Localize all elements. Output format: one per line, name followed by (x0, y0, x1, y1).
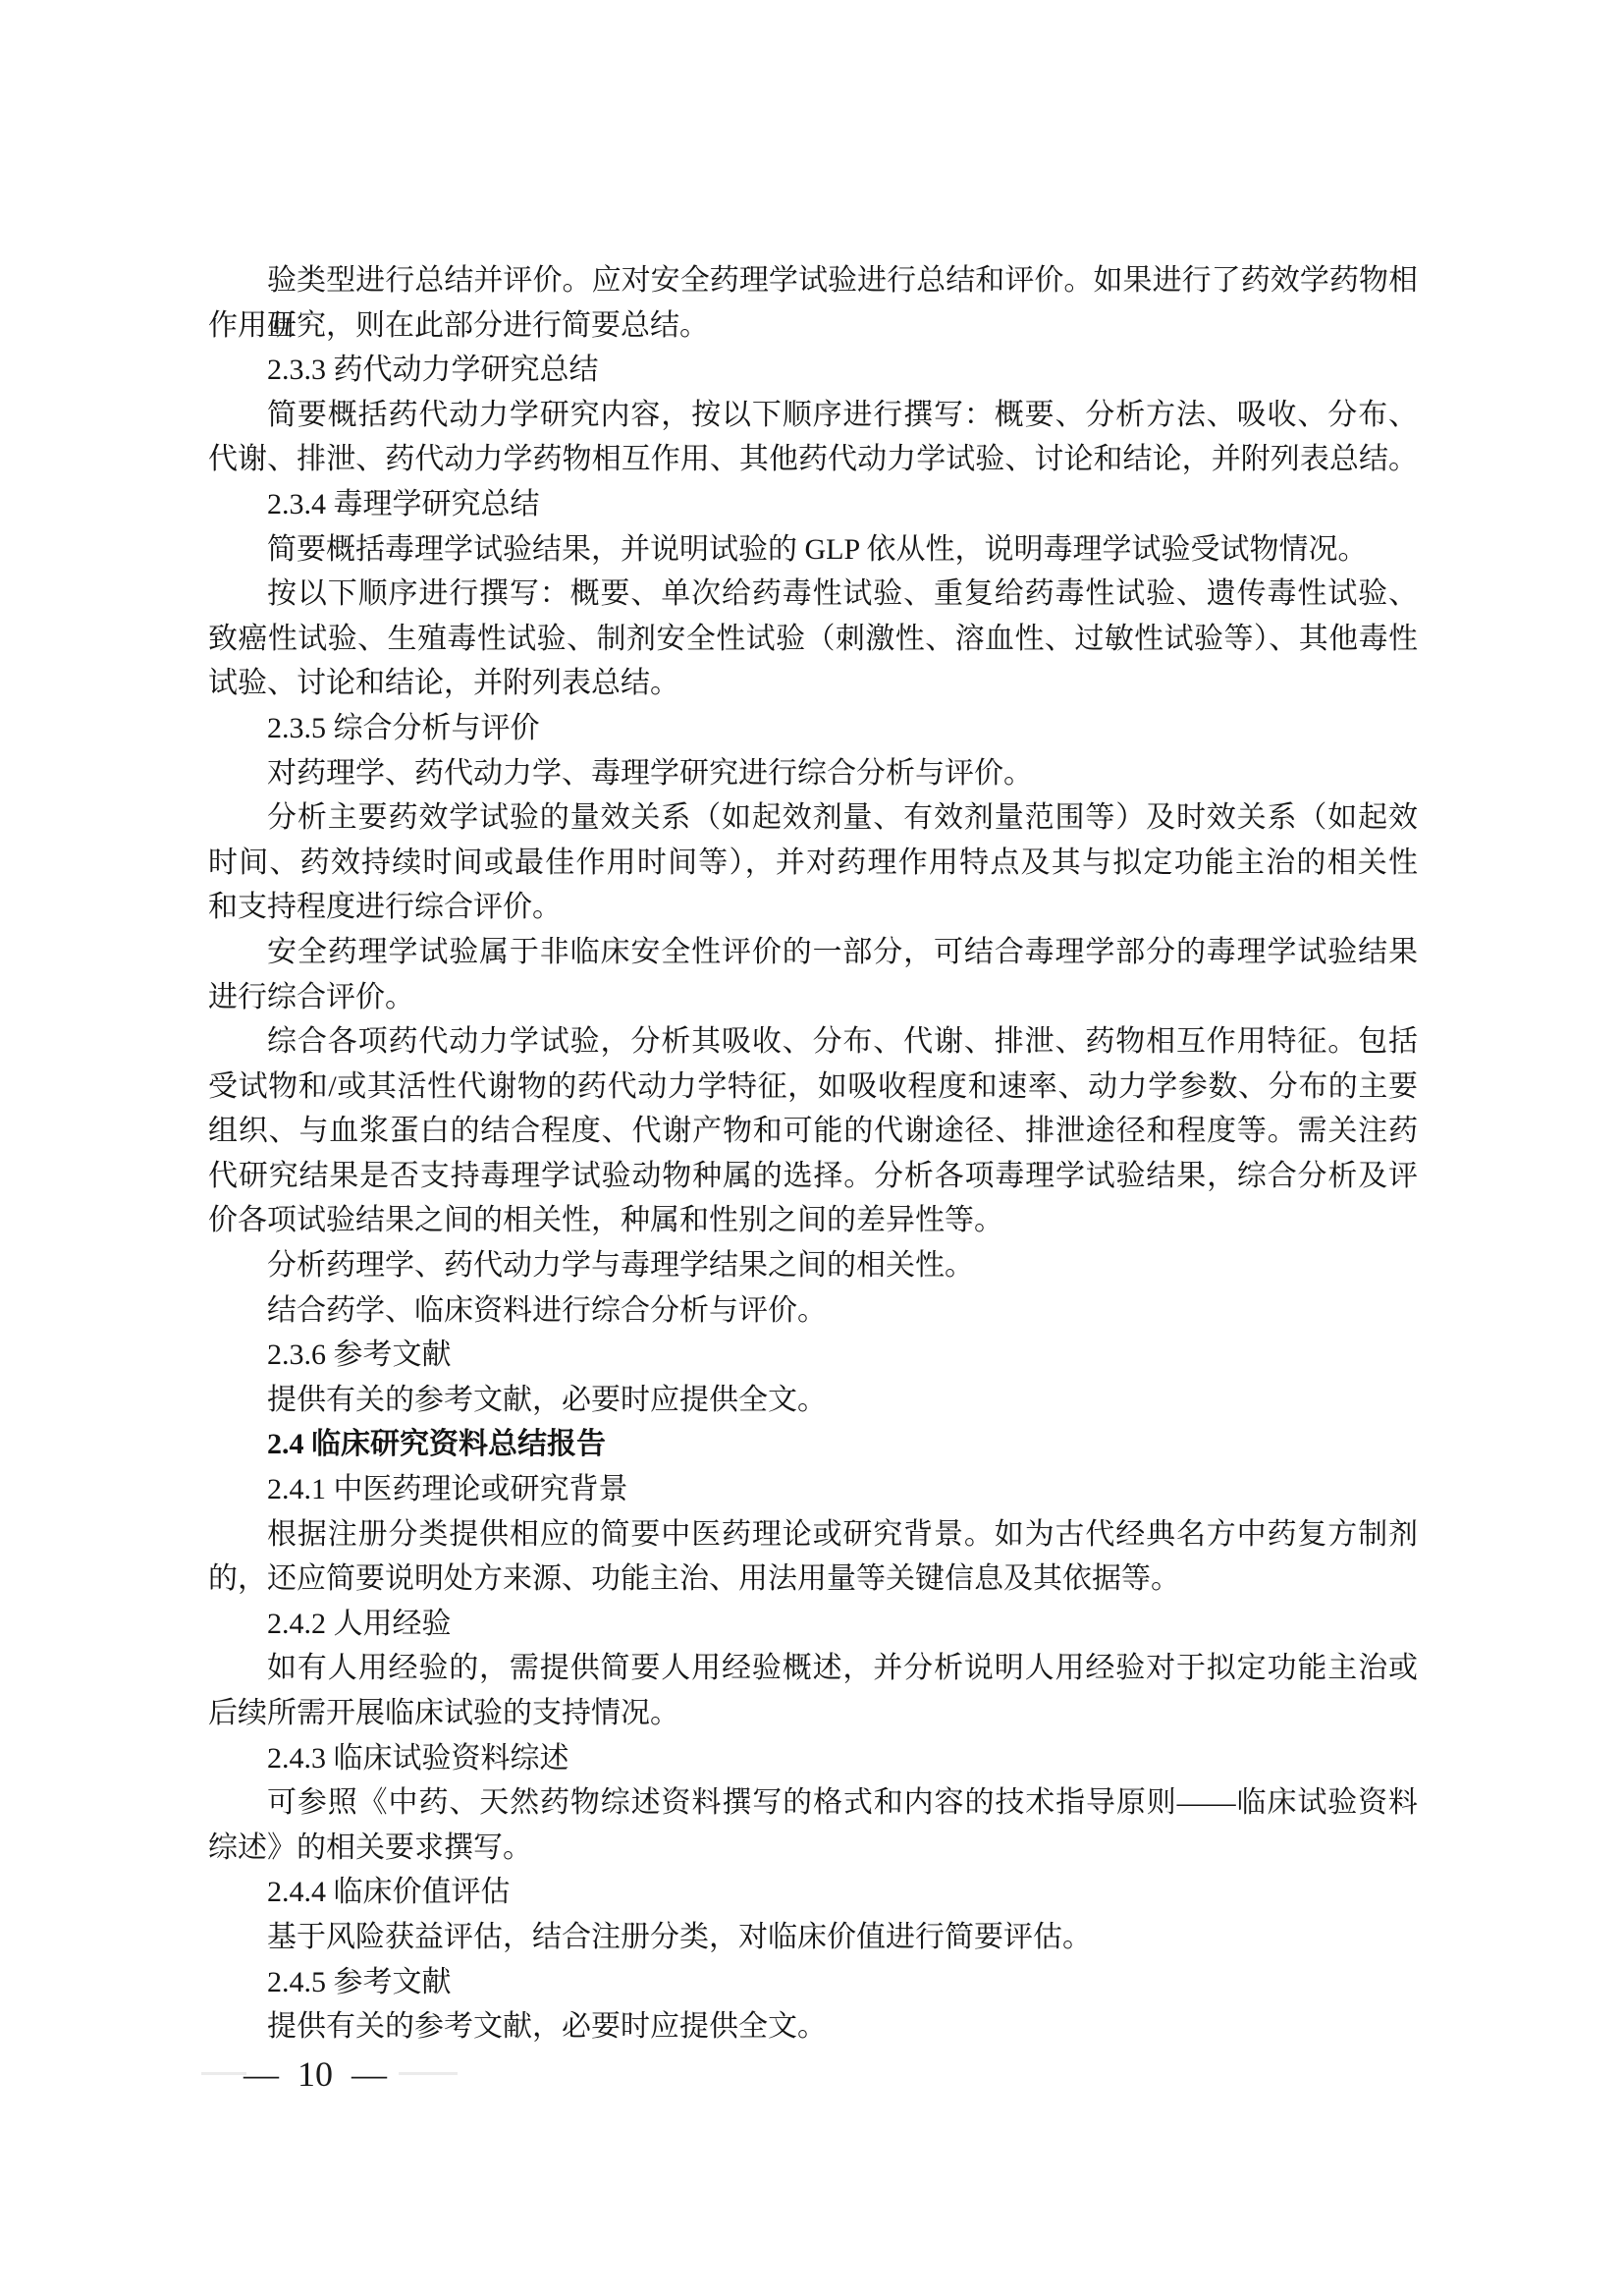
paragraph-line: 安全药理学试验属于非临床安全性评价的一部分，可结合毒理学部分的毒理学试验结果 (208, 930, 1418, 975)
paragraph-line: 提供有关的参考文献，必要时应提供全文。 (208, 2004, 1418, 2050)
paragraph-line: 受试物和/或其活性代谢物的药代动力学特征，如吸收程度和速率、动力学参数、分布的主… (208, 1065, 1418, 1110)
paragraph-line: 试验、讨论和结论，并附列表总结。 (208, 661, 1418, 706)
document-page: 验类型进行总结并评价。应对安全药理学试验进行总结和评价。如果进行了药效学药物相互… (0, 0, 1623, 2296)
section-heading: 2.4.5 参考文献 (208, 1960, 1418, 2005)
paragraph-line: 进行综合评价。 (208, 975, 1418, 1020)
document-body: 验类型进行总结并评价。应对安全药理学试验进行总结和评价。如果进行了药效学药物相互… (208, 258, 1418, 2050)
scan-artifact-line (201, 2072, 246, 2075)
paragraph-line: 简要概括毒理学试验结果，并说明试验的 GLP 依从性，说明毒理学试验受试物情况。 (208, 527, 1418, 573)
paragraph-line: 如有人用经验的，需提供简要人用经验概述，并分析说明人用经验对于拟定功能主治或 (208, 1646, 1418, 1691)
paragraph-line: 的，还应简要说明处方来源、功能主治、用法用量等关键信息及其依据等。 (208, 1557, 1418, 1602)
paragraph-line: 综述》的相关要求撰写。 (208, 1826, 1418, 1871)
paragraph-line: 综合各项药代动力学试验，分析其吸收、分布、代谢、排泄、药物相互作用特征。包括 (208, 1019, 1418, 1065)
paragraph-line: 可参照《中药、天然药物综述资料撰写的格式和内容的技术指导原则——临床试验资料 (208, 1780, 1418, 1826)
paragraph-line: 简要概括药代动力学研究内容，按以下顺序进行撰写：概要、分析方法、吸收、分布、 (208, 393, 1418, 438)
paragraph-line: 基于风险获益评估，结合注册分类，对临床价值进行简要评估。 (208, 1915, 1418, 1960)
scan-artifact-line (399, 2072, 458, 2075)
paragraph-line: 结合药学、临床资料进行综合分析与评价。 (208, 1288, 1418, 1334)
section-heading: 2.3.4 毒理学研究总结 (208, 482, 1418, 527)
paragraph-line: 作用研究，则在此部分进行简要总结。 (208, 303, 1418, 349)
section-heading: 2.4.2 人用经验 (208, 1602, 1418, 1647)
paragraph-line: 价各项试验结果之间的相关性，种属和性别之间的差异性等。 (208, 1198, 1418, 1243)
section-heading: 2.4.1 中医药理论或研究背景 (208, 1467, 1418, 1512)
paragraph-line: 分析主要药效学试验的量效关系（如起效剂量、有效剂量范围等）及时效关系（如起效 (208, 795, 1418, 841)
page-number: — 10 — (243, 2054, 387, 2094)
paragraph-line: 代谢、排泄、药代动力学药物相互作用、其他药代动力学试验、讨论和结论，并附列表总结… (208, 437, 1418, 482)
paragraph-line: 致癌性试验、生殖毒性试验、制剂安全性试验（刺激性、溶血性、过敏性试验等）、其他毒… (208, 617, 1418, 662)
section-heading: 2.3.5 综合分析与评价 (208, 706, 1418, 751)
paragraph-line: 对药理学、药代动力学、毒理学研究进行综合分析与评价。 (208, 751, 1418, 796)
paragraph-line: 验类型进行总结并评价。应对安全药理学试验进行总结和评价。如果进行了药效学药物相互 (208, 258, 1418, 303)
paragraph-line: 分析药理学、药代动力学与毒理学结果之间的相关性。 (208, 1243, 1418, 1288)
section-heading: 2.3.6 参考文献 (208, 1333, 1418, 1378)
paragraph-line: 代研究结果是否支持毒理学试验动物种属的选择。分析各项毒理学试验结果，综合分析及评 (208, 1154, 1418, 1199)
paragraph-line: 后续所需开展临床试验的支持情况。 (208, 1691, 1418, 1736)
paragraph-line: 时间、药效持续时间或最佳作用时间等），并对药理作用特点及其与拟定功能主治的相关性 (208, 841, 1418, 886)
section-heading: 2.4.3 临床试验资料综述 (208, 1736, 1418, 1781)
paragraph-line: 按以下顺序进行撰写：概要、单次给药毒性试验、重复给药毒性试验、遗传毒性试验、 (208, 572, 1418, 617)
section-heading: 2.4.4 临床价值评估 (208, 1870, 1418, 1915)
paragraph-line: 组织、与血浆蛋白的结合程度、代谢产物和可能的代谢途径、排泄途径和程度等。需关注药 (208, 1109, 1418, 1154)
section-heading: 2.4 临床研究资料总结报告 (208, 1422, 1418, 1467)
paragraph-line: 根据注册分类提供相应的简要中医药理论或研究背景。如为古代经典名方中药复方制剂 (208, 1512, 1418, 1558)
section-heading: 2.3.3 药代动力学研究总结 (208, 348, 1418, 393)
page-footer: — 10 — (243, 2051, 387, 2097)
paragraph-line: 提供有关的参考文献，必要时应提供全文。 (208, 1378, 1418, 1423)
paragraph-line: 和支持程度进行综合评价。 (208, 885, 1418, 930)
